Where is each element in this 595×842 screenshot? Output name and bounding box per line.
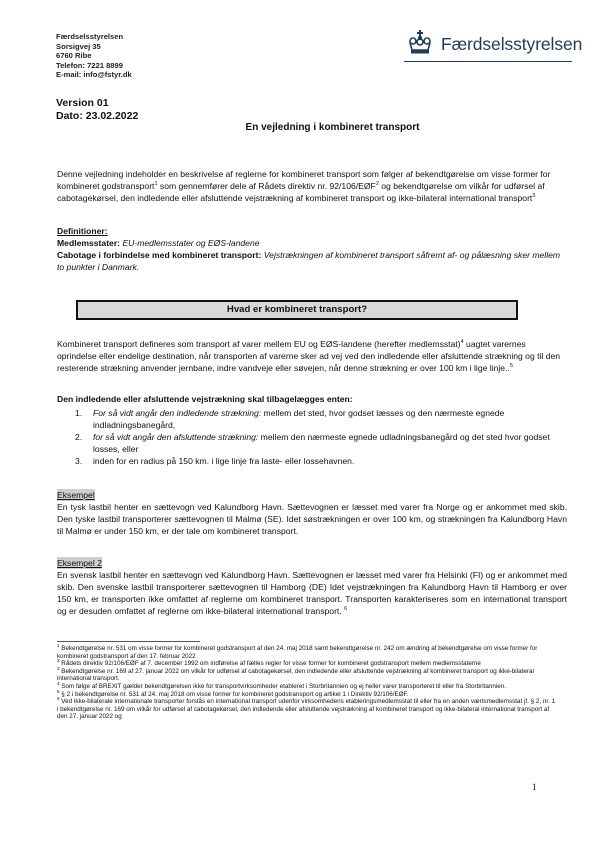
definition-item: Medlemsstater: EU-medlemsstater og EØS-l… bbox=[57, 237, 567, 249]
sender-address: Færdselsstyrelsen Sorsigvej 35 6760 Ribe… bbox=[56, 32, 132, 80]
sender-city: 6760 Ribe bbox=[56, 51, 132, 61]
sender-name: Færdselsstyrelsen bbox=[56, 32, 132, 42]
list-number: 3. bbox=[75, 455, 82, 467]
footnote: 3 Bekendtgørelse nr. 169 af 27. januar 2… bbox=[57, 668, 557, 683]
example-heading: Eksempel bbox=[57, 489, 95, 501]
footnote-text: Som følge af BREXIT gælder bekendtgørels… bbox=[60, 683, 506, 690]
list-number: 2. bbox=[75, 431, 82, 443]
footnote-text: Ved ikke-bilaterale internationale trans… bbox=[57, 698, 555, 720]
example-heading: Eksempel 2 bbox=[57, 557, 102, 569]
list-item-italic: for så vidt angår den afsluttende strækn… bbox=[93, 432, 258, 442]
footnote-ref-6[interactable]: 6 bbox=[344, 606, 347, 612]
list-item-italic: For så vidt angår den indledende strækni… bbox=[93, 408, 259, 418]
example-2: Eksempel 2 En svensk lastbil henter en s… bbox=[57, 557, 567, 617]
footnote: 4 Som følge af BREXIT gælder bekendtgøre… bbox=[57, 683, 557, 691]
list-item: 3.inden for en radius på 150 km. i lige … bbox=[75, 455, 555, 467]
footnote-text: Rådets direktiv 92/106/EØF af 7. decembe… bbox=[60, 660, 481, 667]
footnote-text: Bekendtgørelse nr. 531 om visse former f… bbox=[57, 645, 537, 660]
definitions: Definitioner: Medlemsstater: EU-medlemss… bbox=[57, 225, 567, 273]
footnote-separator bbox=[57, 641, 200, 642]
section-text-1: Kombineret transport defineres som trans… bbox=[57, 339, 461, 349]
example-text: En tysk lastbil henter en sættevogn ved … bbox=[57, 501, 567, 537]
list-lead: Den indledende eller afsluttende vejstræ… bbox=[57, 393, 567, 405]
example-1: Eksempel En tysk lastbil henter en sætte… bbox=[57, 489, 567, 537]
list-number: 1. bbox=[75, 407, 82, 419]
numbered-list: 1.For så vidt angår den indledende stræk… bbox=[75, 407, 555, 467]
logo-underline bbox=[404, 61, 572, 62]
sender-email: E-mail: info@fstyr.dk bbox=[56, 70, 132, 80]
example-text: En svensk lastbil henter en sættevogn ve… bbox=[57, 569, 567, 617]
page-number: 1 bbox=[532, 783, 537, 793]
definition-item: Cabotage i forbindelse med kombineret tr… bbox=[57, 249, 567, 273]
section-heading: Hvad er kombineret transport? bbox=[76, 300, 518, 320]
definition-term: Medlemsstater: bbox=[57, 238, 120, 248]
list-item-text: inden for en radius på 150 km. i lige li… bbox=[93, 456, 354, 466]
intro-paragraph: Denne vejledning indeholder en beskrivel… bbox=[57, 168, 567, 204]
agency-logo: Færdselsstyrelsen bbox=[404, 28, 574, 64]
definitions-heading: Definitioner: bbox=[57, 225, 567, 237]
sender-phone: Telefon: 7221 8899 bbox=[56, 61, 132, 71]
list-item: 2.for så vidt angår den afsluttende stræ… bbox=[75, 431, 555, 455]
footnotes: 1 Bekendtgørelse nr. 531 om visse former… bbox=[57, 645, 557, 721]
sender-street: Sorsigvej 35 bbox=[56, 42, 132, 52]
footnote-text: § 2 i bekendtgørelse nr. 531 af 24. maj … bbox=[60, 691, 409, 698]
footnote-ref-5[interactable]: 5 bbox=[510, 363, 513, 369]
section-paragraph: Kombineret transport defineres som trans… bbox=[57, 338, 567, 374]
crown-icon bbox=[408, 30, 432, 56]
footnote: 6 Ved ikke-bilaterale internationale tra… bbox=[57, 698, 557, 721]
footnote-ref-3[interactable]: 3 bbox=[532, 193, 535, 199]
date-label: Dato: 23.02.2022 bbox=[56, 110, 138, 123]
footnote-text: Bekendtgørelse nr. 169 af 27. januar 202… bbox=[57, 668, 534, 683]
example-body: En svensk lastbil henter en sættevogn ve… bbox=[57, 570, 567, 616]
example-body: En tysk lastbil henter en sættevogn ved … bbox=[57, 502, 567, 536]
list-item: 1.For så vidt angår den indledende stræk… bbox=[75, 407, 555, 431]
version-block: Version 01 Dato: 23.02.2022 bbox=[56, 97, 138, 122]
document-title: En vejledning i kombineret transport bbox=[0, 122, 595, 133]
intro-text-2: som gennemfører dele af Rådets direktiv … bbox=[158, 181, 376, 191]
footnote: 1 Bekendtgørelse nr. 531 om visse former… bbox=[57, 645, 557, 660]
version-label: Version 01 bbox=[56, 97, 138, 110]
definition-text: EU-medlemsstater og EØS-landene bbox=[122, 238, 259, 248]
definition-term: Cabotage i forbindelse med kombineret tr… bbox=[57, 250, 261, 260]
logo-text: Færdselsstyrelsen bbox=[441, 34, 582, 55]
footnote: 2 Rådets direktiv 92/106/EØF af 7. decem… bbox=[57, 660, 557, 668]
